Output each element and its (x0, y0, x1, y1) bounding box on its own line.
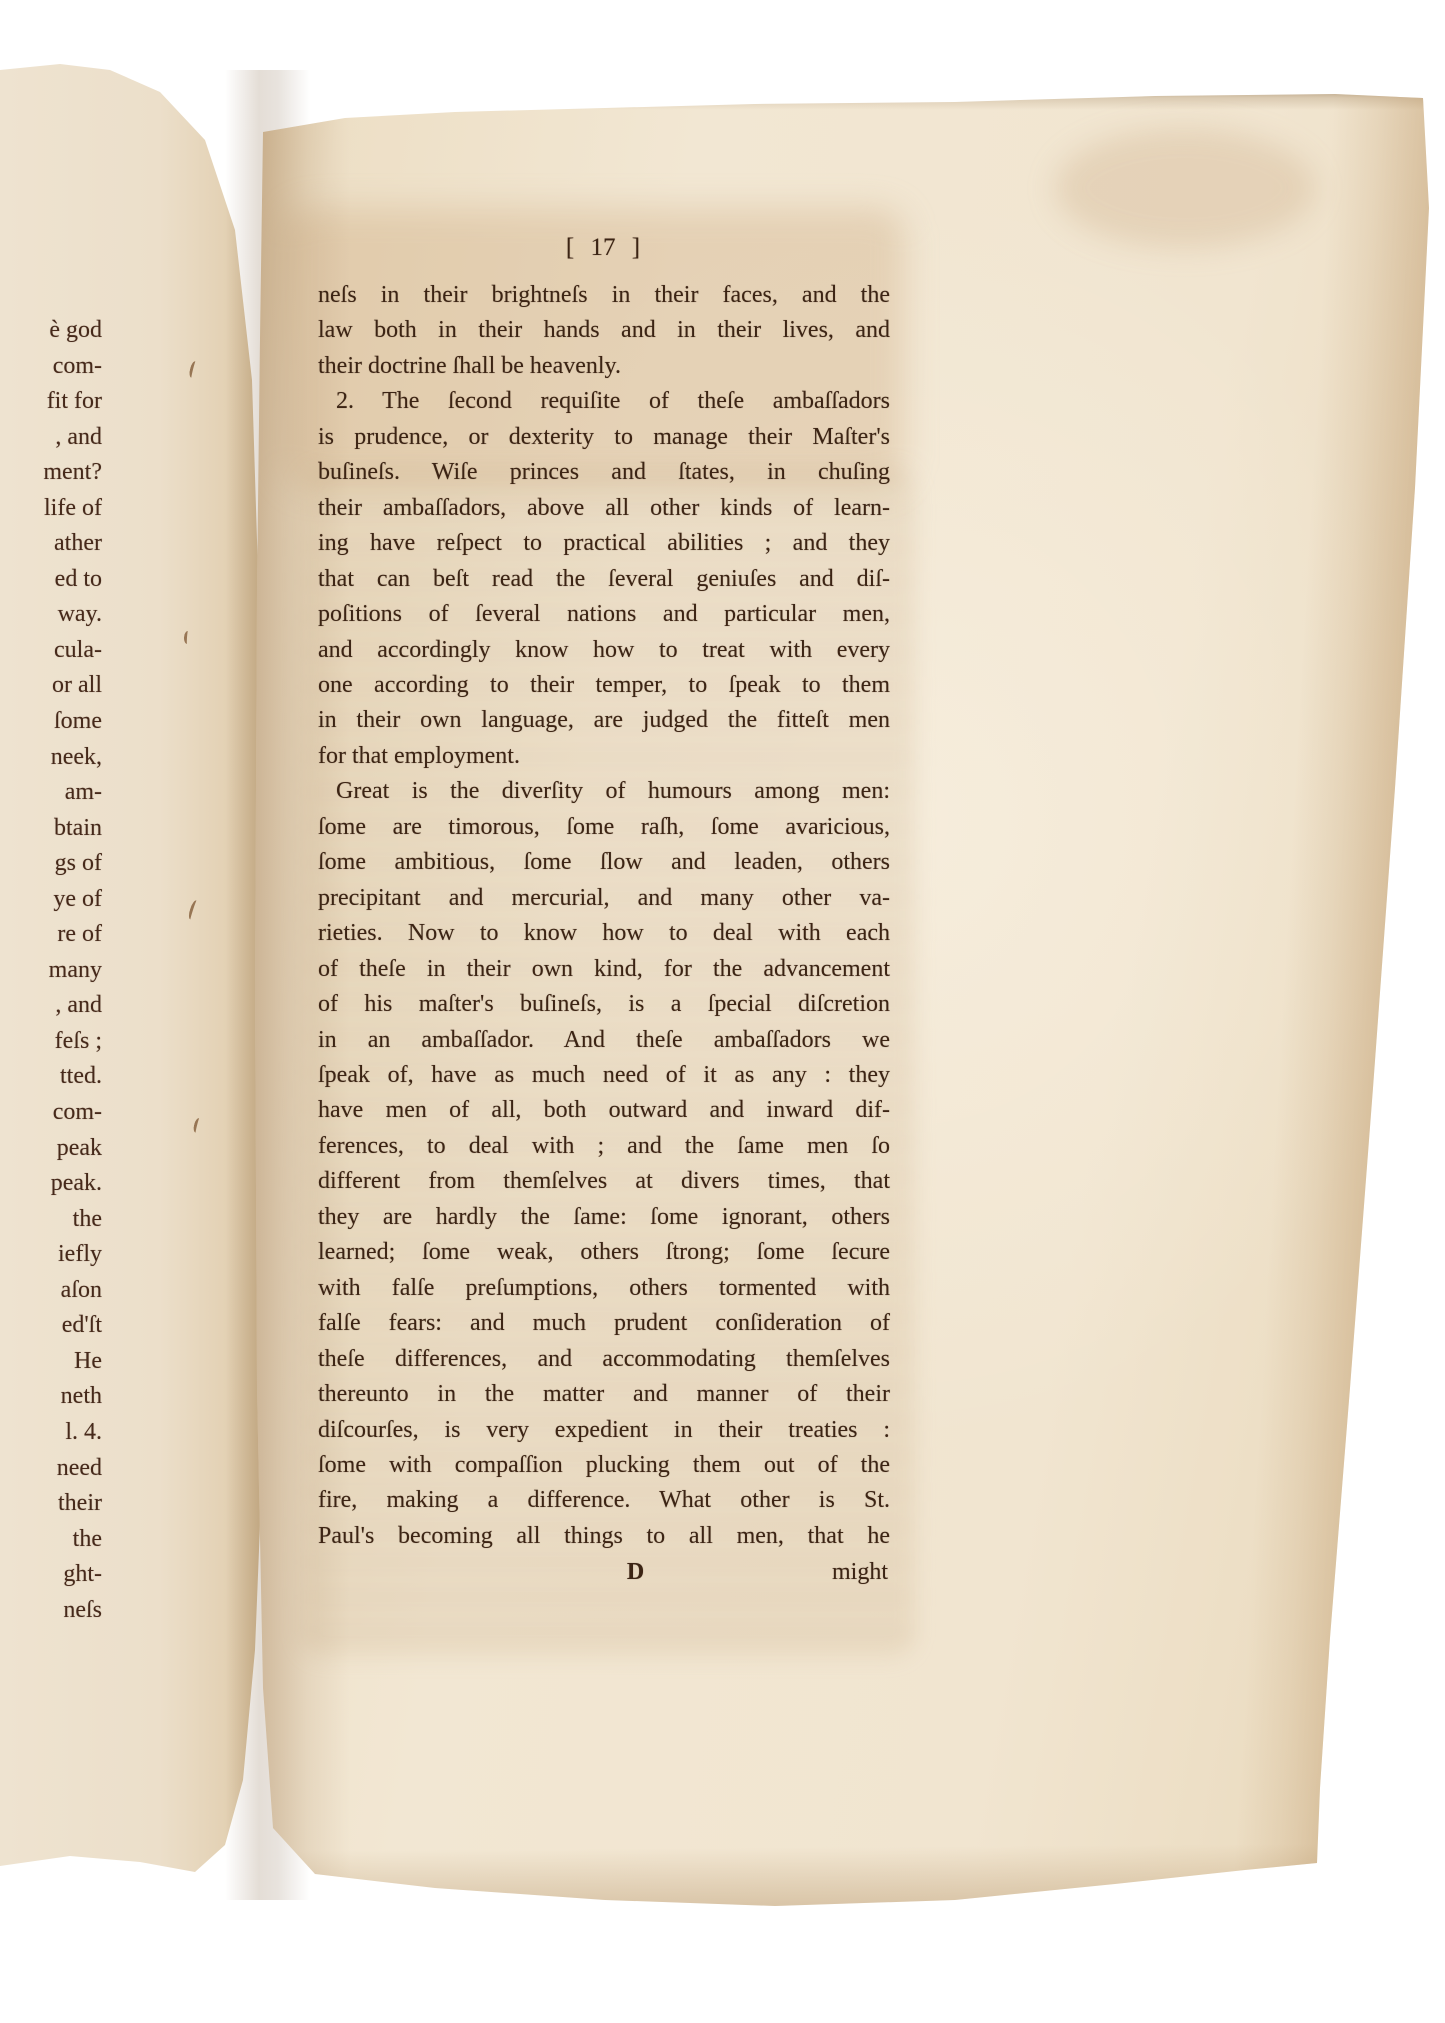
left-page-line-fragment: com- (0, 349, 102, 385)
left-page-line-fragment: è god (0, 313, 102, 349)
text-line: thereunto in the matter and manner of th… (318, 1377, 890, 1412)
text-line: learned; ſome weak, others ſtrong; ſome … (318, 1235, 890, 1270)
left-page-line-fragment: their (0, 1486, 102, 1522)
left-page-line-fragment: re of (0, 917, 102, 953)
paper-stain (1055, 128, 1315, 248)
text-line: they are hardly the ſame: ſome ignorant,… (318, 1200, 890, 1235)
text-line: is prudence, or dexterity to manage thei… (318, 420, 890, 455)
text-line: buſineſs. Wiſe princes and ſtates, in ch… (318, 455, 890, 490)
left-page-line-fragment: ed to (0, 562, 102, 598)
binding-stitch (187, 899, 200, 920)
text-line: theſe differences, and accommodating the… (318, 1342, 890, 1377)
left-page-line-fragment: feſs ; (0, 1024, 102, 1060)
right-page: [ 17 ] neſs in their brightneſs in their… (255, 88, 1435, 1913)
catchword: might (832, 1554, 888, 1590)
text-line: different from themſelves at divers time… (318, 1164, 890, 1199)
left-page-line-fragment: neek, (0, 740, 102, 776)
page-right-edge (1190, 70, 1445, 1992)
text-line: and accordingly know how to treat with e… (318, 633, 890, 668)
signature-mark: D (627, 1554, 644, 1590)
text-line: Paul's becoming all things to all men, t… (318, 1519, 890, 1554)
left-page-line-fragment: ather (0, 526, 102, 562)
text-line: poſitions of ſeveral nations and particu… (318, 597, 890, 632)
left-page-line-fragment: ght- (0, 1557, 102, 1593)
left-page-line-fragment: peak (0, 1131, 102, 1167)
text-line: neſs in their brightneſs in their faces,… (318, 278, 890, 313)
binding-stitch (192, 1117, 202, 1133)
text-line: ing have reſpect to practical abilities … (318, 526, 890, 561)
left-page-line-fragment: way. (0, 597, 102, 633)
text-line: of theſe in their own kind, for the adva… (318, 952, 890, 987)
left-page-line-fragment: many (0, 953, 102, 989)
left-page-line-fragment: the (0, 1202, 102, 1238)
text-line: in their own language, are judged the fi… (318, 703, 890, 738)
left-page-line-fragment: com- (0, 1095, 102, 1131)
text-line: precipitant and mercurial, and many othe… (318, 881, 890, 916)
text-line: that can beſt read the ſeveral geniuſes … (318, 562, 890, 597)
page-text-block: neſs in their brightneſs in their faces,… (318, 278, 890, 1590)
text-line: rieties. Now to know how to deal with ea… (318, 916, 890, 951)
page-bottom-edge (255, 1843, 1435, 1921)
page-top-edge (255, 88, 1435, 110)
text-line: one according to their temper, to ſpeak … (318, 668, 890, 703)
left-page-line-fragment: ed'ſt (0, 1308, 102, 1344)
left-page-line-fragment: neſs (0, 1593, 102, 1629)
text-line: ſome are timorous, ſome raſh, ſome avari… (318, 810, 890, 845)
left-page-line-fragment: l. 4. (0, 1415, 102, 1451)
left-page-line-fragment: He (0, 1344, 102, 1380)
text-line: ſpeak of, have as much need of it as any… (318, 1058, 890, 1093)
left-page-line-fragment: the (0, 1522, 102, 1558)
text-line: ferences, to deal with ; and the ſame me… (318, 1129, 890, 1164)
text-line: ſome ambitious, ſome ſlow and leaden, ot… (318, 845, 890, 880)
text-line: law both in their hands and in their liv… (318, 313, 890, 348)
text-line: diſcourſes, is very expedient in their t… (318, 1413, 890, 1448)
text-line: Great is the diverſity of humours among … (318, 774, 890, 809)
left-page-line-fragment: , and (0, 420, 102, 456)
binding-stitch (188, 360, 199, 378)
text-line: ſome with compaſſion plucking them out o… (318, 1448, 890, 1483)
left-page-line-fragment: ment? (0, 455, 102, 491)
left-page-line-fragment: am- (0, 775, 102, 811)
text-line: for that employment. (318, 739, 890, 774)
signature-catchword-line: D might (318, 1554, 890, 1590)
left-page-line-fragment: cula- (0, 633, 102, 669)
text-line: their doctrine ſhall be heavenly. (318, 349, 890, 384)
left-page-line-fragment: tted. (0, 1059, 102, 1095)
page-number: [ 17 ] (318, 234, 888, 262)
text-line: their ambaſſadors, above all other kinds… (318, 491, 890, 526)
text-line: with falſe preſumptions, others tormente… (318, 1271, 890, 1306)
left-page-line-fragment: peak. (0, 1166, 102, 1202)
left-page-line-fragment: need (0, 1451, 102, 1487)
text-line: in an ambaſſador. And theſe ambaſſadors … (318, 1023, 890, 1058)
left-page-line-fragment: iefly (0, 1237, 102, 1273)
left-page-line-fragment: ſome (0, 704, 102, 740)
book-photo: è godcom-fit for, andment?life ofathered… (0, 0, 1445, 2023)
left-page-line-fragment: , and (0, 988, 102, 1024)
text-line: falſe fears: and much prudent conſiderat… (318, 1306, 890, 1341)
left-page-line-fragment: fit for (0, 384, 102, 420)
text-line: of his maſter's buſineſs, is a ſpecial d… (318, 987, 890, 1022)
text-line: fire, making a difference. What other is… (318, 1483, 890, 1518)
left-page-line-fragment: or all (0, 668, 102, 704)
left-page-line-fragment: life of (0, 491, 102, 527)
text-line: 2. The ſecond requiſite of theſe ambaſſa… (318, 384, 890, 419)
left-page-line-fragment: btain (0, 811, 102, 847)
text-line: have men of all, both outward and inward… (318, 1093, 890, 1128)
left-page-line-fragment: neth (0, 1379, 102, 1415)
left-page: è godcom-fit for, andment?life ofathered… (0, 64, 290, 1909)
binding-stitch (184, 631, 192, 644)
left-page-text-column: è godcom-fit for, andment?life ofathered… (0, 313, 102, 1628)
left-page-line-fragment: aſon (0, 1273, 102, 1309)
left-page-line-fragment: ye of (0, 882, 102, 918)
left-page-line-fragment: gs of (0, 846, 102, 882)
